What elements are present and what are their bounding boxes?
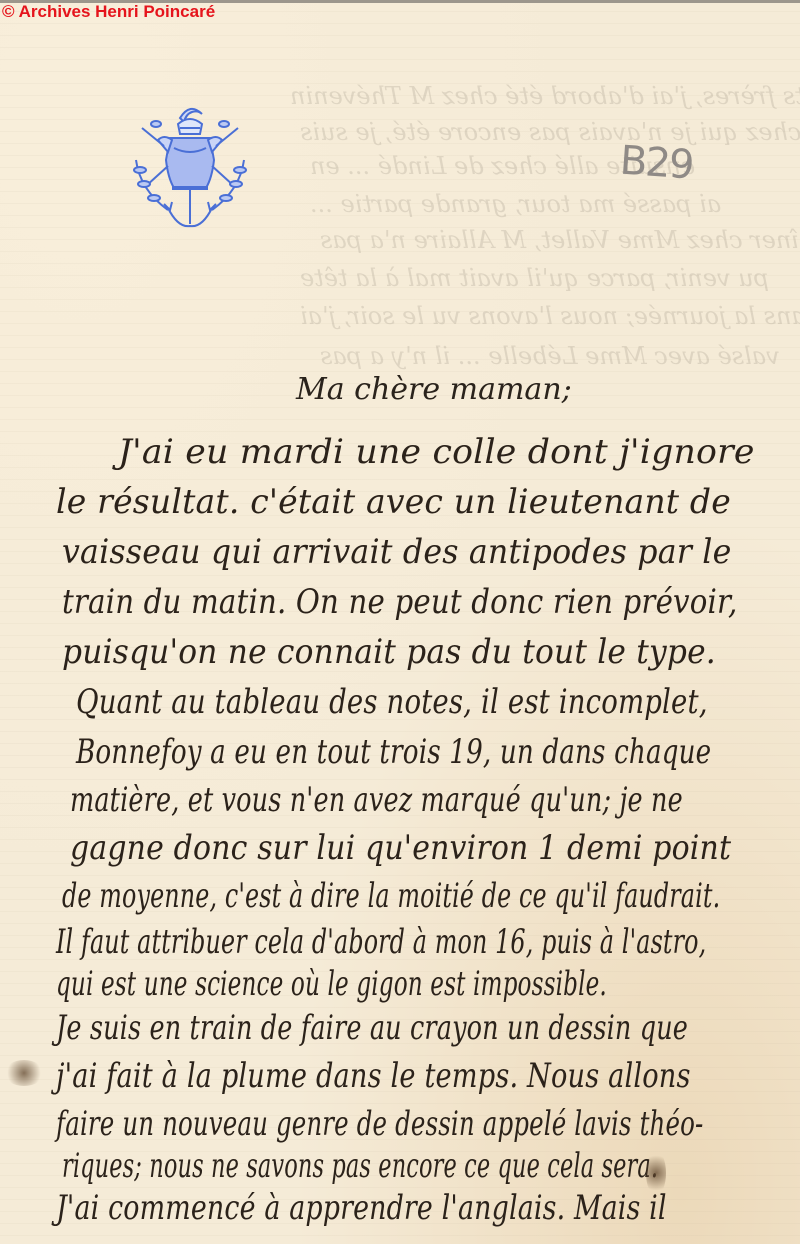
letter-line: qui est une science où le gigon est impo… <box>56 964 607 1004</box>
letter-line: Je suis en train de faire au crayon un d… <box>56 1008 688 1048</box>
archive-reference-mark: B29 <box>618 138 693 189</box>
letter-line: Il faut attribuer cela d'abord à mon 16,… <box>56 922 706 962</box>
letter-line: puisqu'on ne connait pas du tout le type… <box>62 632 716 672</box>
letter-line: train du matin. On ne peut donc rien pré… <box>62 582 737 622</box>
letter-line: vaisseau qui arrivait des antipodes par … <box>62 532 731 572</box>
letter-line: faire un nouveau genre de dessin appelé … <box>56 1104 703 1144</box>
bleed-through-line: Je mes petits frères, j'ai d'abord été c… <box>290 82 800 110</box>
ink-stain <box>646 1150 666 1196</box>
bleed-through-line: Ils dîner chez Mme Vallet, M Allaire n'a… <box>320 226 800 254</box>
scan-bottom-edge <box>0 1244 800 1250</box>
letter-line: gagne donc sur lui qu'environ 1 demi poi… <box>70 828 731 868</box>
letter-line: J'ai commencé à apprendre l'anglais. Mai… <box>56 1188 667 1228</box>
letter-line: Quant au tableau des notes, il est incom… <box>76 682 708 722</box>
letter-line: J'ai eu mardi une colle dont j'ignore <box>118 432 755 472</box>
letter-line: Bonnefoy a eu en tout trois 19, un dans … <box>76 732 711 772</box>
bleed-through-line: dans la journée; nous l'avons vu le soir… <box>300 302 800 330</box>
letter-line: matière, et vous n'en avez marqué qu'un;… <box>70 780 683 820</box>
letter-line: le résultat. c'était avec un lieutenant … <box>56 482 731 522</box>
letter-page: © Archives Henri Poincaré Je mes petits … <box>0 0 800 1250</box>
armor-crest-icon <box>128 100 252 232</box>
letter-line: de moyenne, c'est à dire la moitié de ce… <box>62 876 720 916</box>
copyright-watermark: © Archives Henri Poincaré <box>2 2 215 22</box>
letter-line: riques; nous ne savons pas encore ce que… <box>62 1146 658 1186</box>
letter-line: j'ai fait à la plume dans le temps. Nous… <box>56 1056 691 1096</box>
bleed-through-line: chez qui je n'avais pas encore été, je s… <box>300 118 800 146</box>
letter-salutation: Ma chère maman; <box>296 372 572 407</box>
bleed-through-line: pu venir, parce qu'il avait mal à la têt… <box>300 264 769 292</box>
ink-stain <box>4 1060 44 1086</box>
bleed-through-line: ai passé ma tour, grande partie ... <box>310 190 721 218</box>
bleed-through-line: valsé avec Mme Lébelle ... il n'y a pas <box>320 342 780 370</box>
